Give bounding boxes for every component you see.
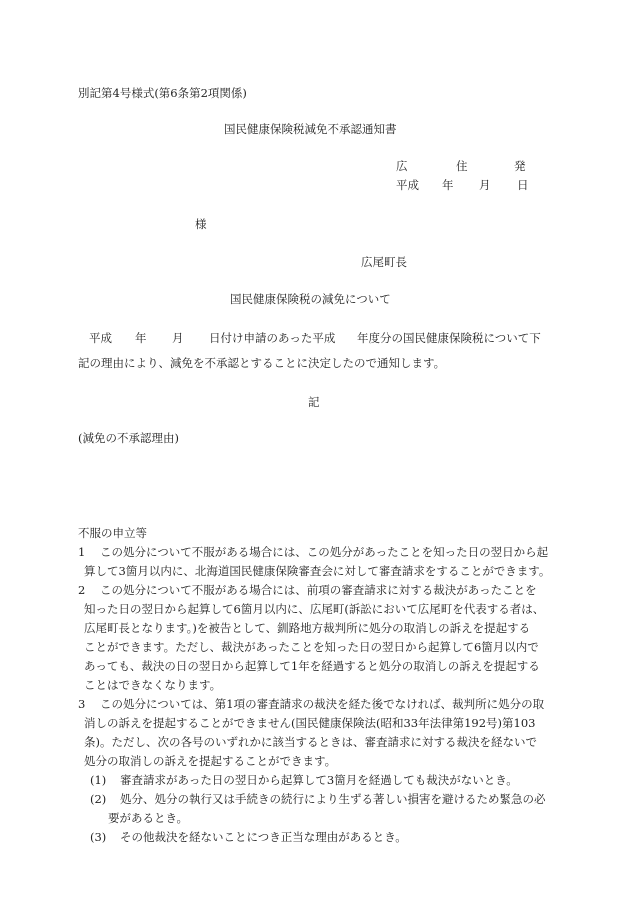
document-title: 国民健康保険税減免不承認通知書: [224, 124, 397, 136]
addressee-honorific: 様: [195, 219, 207, 231]
form-label: 別記第4号様式(第6条第2項関係): [78, 88, 247, 100]
issue-number-part: 住: [456, 161, 514, 173]
issue-number-part: 発: [514, 161, 526, 173]
sub-item-number: (2): [90, 794, 120, 806]
sender-name: 広尾町長: [361, 257, 407, 269]
body-line-1: 平成年月日付け申請のあった平成年度分の国民健康保険税について下: [89, 333, 541, 345]
sub-item-number: (3): [90, 832, 120, 844]
date-day: 日: [517, 180, 529, 192]
appeal-heading: 不服の申立等: [78, 528, 147, 540]
item-number: 1: [78, 547, 100, 559]
item-number: 3: [78, 699, 100, 711]
ki-marker: 記: [308, 397, 320, 409]
issue-number-part: 広: [396, 161, 456, 173]
issue-number: 広住発: [396, 161, 526, 173]
date-era: 平成: [396, 180, 442, 192]
date-month: 月: [479, 180, 517, 192]
subject: 国民健康保険税の減免について: [230, 294, 391, 306]
reason-label: (減免の不承認理由): [78, 433, 179, 445]
body-line-2: 記の理由により、減免を不承認とすることに決定したので通知します。: [78, 358, 445, 370]
sub-item-number: (1): [90, 775, 120, 787]
date-year: 年: [442, 180, 479, 192]
issue-date: 平成年月日: [396, 180, 529, 192]
item-number: 2: [78, 585, 100, 597]
